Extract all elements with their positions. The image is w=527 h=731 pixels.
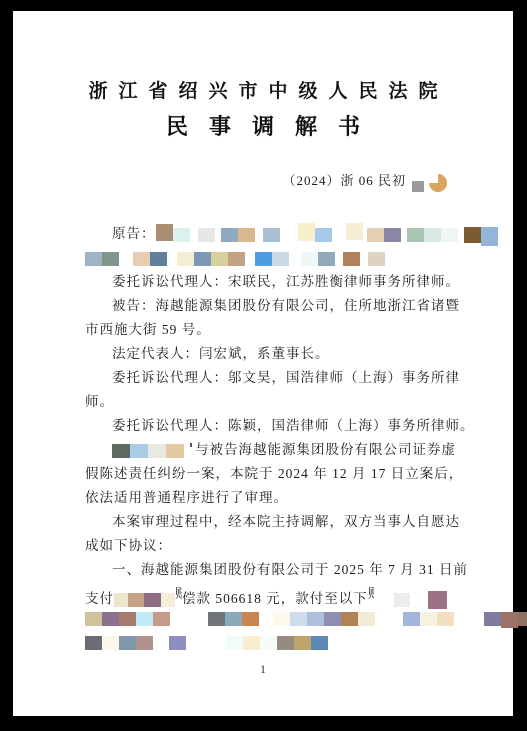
redaction-block [315,228,332,242]
redaction-block [150,252,167,266]
redaction-block [298,223,315,241]
redaction-block [156,224,173,241]
redaction-block [177,252,194,266]
text-run: 假陈述责任纠纷一案，本院于 2024 年 12 月 17 日立案后， [85,466,463,481]
text-run: 依法适用普通程序进行了审理。 [85,490,288,505]
text-run: 一、海越能源集团股份有限公司于 2025 年 7 月 31 日前 [112,562,468,577]
text-run: 成如下协议： [85,538,172,553]
redaction-block [307,612,324,626]
redaction-block [85,636,102,650]
redaction-block [112,444,130,458]
redaction-mosaic-case_no [406,173,447,191]
case-number-line: （2024）浙 06 民初 [13,170,513,190]
redaction-block [153,612,170,626]
body-line: 假陈述责任纠纷一案，本院于 2024 年 12 月 17 日立案后， [85,462,441,486]
redaction-block [136,636,153,650]
redaction-block [242,612,259,626]
body-line: 法定代表人：闫宏斌，系董事长。 [85,342,441,366]
redaction-block [407,228,424,242]
text-run: 委托诉讼代理人：陈颖，国浩律师（上海）事务所律师。 [112,418,475,433]
body-line: 依法适用普通程序进行了审理。 [85,486,441,510]
redaction-block [114,593,128,607]
redaction-block [102,612,119,626]
text-run: 原告： [112,226,156,241]
redaction-block [384,228,401,242]
redaction-mosaic-plaintiff1 [156,225,498,244]
redaction-block [272,252,289,266]
redaction-block [346,223,363,240]
redaction-block [367,228,384,242]
redaction-block [368,252,385,266]
body-line: 成如下协议： [85,534,441,558]
redaction-block [324,612,341,626]
redaction-mosaic-plaintiff2 [85,252,385,266]
redaction-block [484,612,501,626]
redaction-block [437,612,454,626]
redaction-block [161,593,175,607]
redaction-block [128,593,144,607]
redaction-mosaic-payInline [114,593,175,607]
redaction-block [173,228,190,242]
redaction-block [136,612,153,626]
partially-covered-char: 赔 [175,582,182,606]
redaction-block [243,636,260,650]
redaction-block [501,612,518,628]
court-title: 浙江省绍兴市中级人民法院 [13,11,513,104]
redaction-block [211,252,228,266]
doc-type-title: 民事调解书 [13,112,513,142]
redaction-block [148,444,166,458]
body-line: 本案审理过程中，经本院主持调解，双方当事人自愿达 [85,510,441,534]
redaction-block [119,636,136,650]
redaction-block [260,636,277,650]
redaction-block [130,444,148,458]
body-line: 委托诉讼代理人：邬文昊，国浩律师（上海）事务所律 [85,366,441,390]
redaction-block [144,593,161,607]
redaction-block [85,252,102,266]
redaction-block [343,252,360,266]
redaction-block [194,252,211,266]
body-line [85,606,441,630]
case-number-redaction [406,173,447,188]
body-line [85,630,441,654]
text-run: 市西施大街 59 号。 [85,322,211,337]
body-line: 与被告海越能源集团股份有限公司证券虚 [85,438,441,462]
redaction-block [208,612,225,626]
body-line [85,246,441,270]
document-body: 原告：委托诉讼代理人：宋联民，江苏胜衡律师事务所律师。被告：海越能源集团股份有限… [85,222,441,654]
redaction-block [169,636,186,650]
redaction-block [318,252,335,266]
redaction-block [228,252,245,266]
redaction-block [341,612,358,626]
redaction-mosaic-caseIntro [112,444,195,458]
body-line: 市西施大街 59 号。 [85,318,441,342]
redaction-block [166,444,184,458]
redaction-block [255,252,272,266]
redaction-block [226,636,243,650]
text-run: 法定代表人：闫宏斌，系董事长。 [112,346,330,361]
redaction-block [238,228,255,242]
redaction-block [85,612,102,626]
text-run: 与被告海越能源集团股份有限公司证券虚 [195,442,456,457]
redaction-block [263,228,280,242]
body-line: 委托诉讼代理人：宋联民，江苏胜衡律师事务所律师。 [85,270,441,294]
body-line: 师。 [85,390,441,414]
scanned-page-frame: 浙江省绍兴市中级人民法院 民事调解书 （2024）浙 06 民初 原告：委托诉讼… [0,0,527,731]
redaction-block [518,612,527,626]
redaction-block [420,612,437,626]
redaction-block [403,612,420,626]
redaction-block [273,612,290,626]
redaction-block [441,228,458,242]
redaction-block [225,612,242,626]
text-run: 偿款 506618 元，款付至以下 [182,591,368,606]
body-line: 委托诉讼代理人：陈颖，国浩律师（上海）事务所律师。 [85,414,441,438]
redaction-block [301,252,318,266]
page-number: 1 [13,662,513,677]
document-page: 浙江省绍兴市中级人民法院 民事调解书 （2024）浙 06 民初 原告：委托诉讼… [13,11,513,716]
body-line: 支付赔偿款 506618 元，款付至以下账 [85,582,441,606]
redaction-mosaic-accountRow2 [85,636,328,650]
redaction-block [394,593,410,607]
text-run: 被告：海越能源集团股份有限公司，住所地浙江省诸暨 [112,298,460,313]
redaction-mosaic-accountRow1 [85,611,527,627]
text-run: 师。 [85,394,114,409]
body-line: 原告： [85,222,441,246]
redaction-block [221,228,238,242]
case-number-text: （2024）浙 06 民初 [282,173,406,188]
redaction-block [102,636,119,650]
redaction-block [133,252,150,266]
text-run: 委托诉讼代理人：宋联民，江苏胜衡律师事务所律师。 [112,274,460,289]
redaction-block [412,181,424,192]
text-run: 支付 [85,591,114,606]
redaction-block [464,227,481,243]
redaction-block [358,612,375,626]
redaction-block [198,228,215,242]
redaction-block [119,612,136,626]
redaction-block [290,612,307,626]
redaction-block [481,227,498,246]
redaction-block [429,174,447,192]
redaction-block [294,636,311,650]
redaction-block [277,636,294,650]
body-line: 一、海越能源集团股份有限公司于 2025 年 7 月 31 日前 [85,558,441,582]
text-run: 本案审理过程中，经本院主持调解，双方当事人自愿达 [112,514,460,529]
redaction-block [190,443,192,447]
redaction-block [311,636,328,650]
body-line: 被告：海越能源集团股份有限公司，住所地浙江省诸暨 [85,294,441,318]
text-run: 委托诉讼代理人：邬文昊，国浩律师（上海）事务所律 [112,370,460,385]
redaction-block [424,228,441,242]
redaction-block [102,252,119,266]
